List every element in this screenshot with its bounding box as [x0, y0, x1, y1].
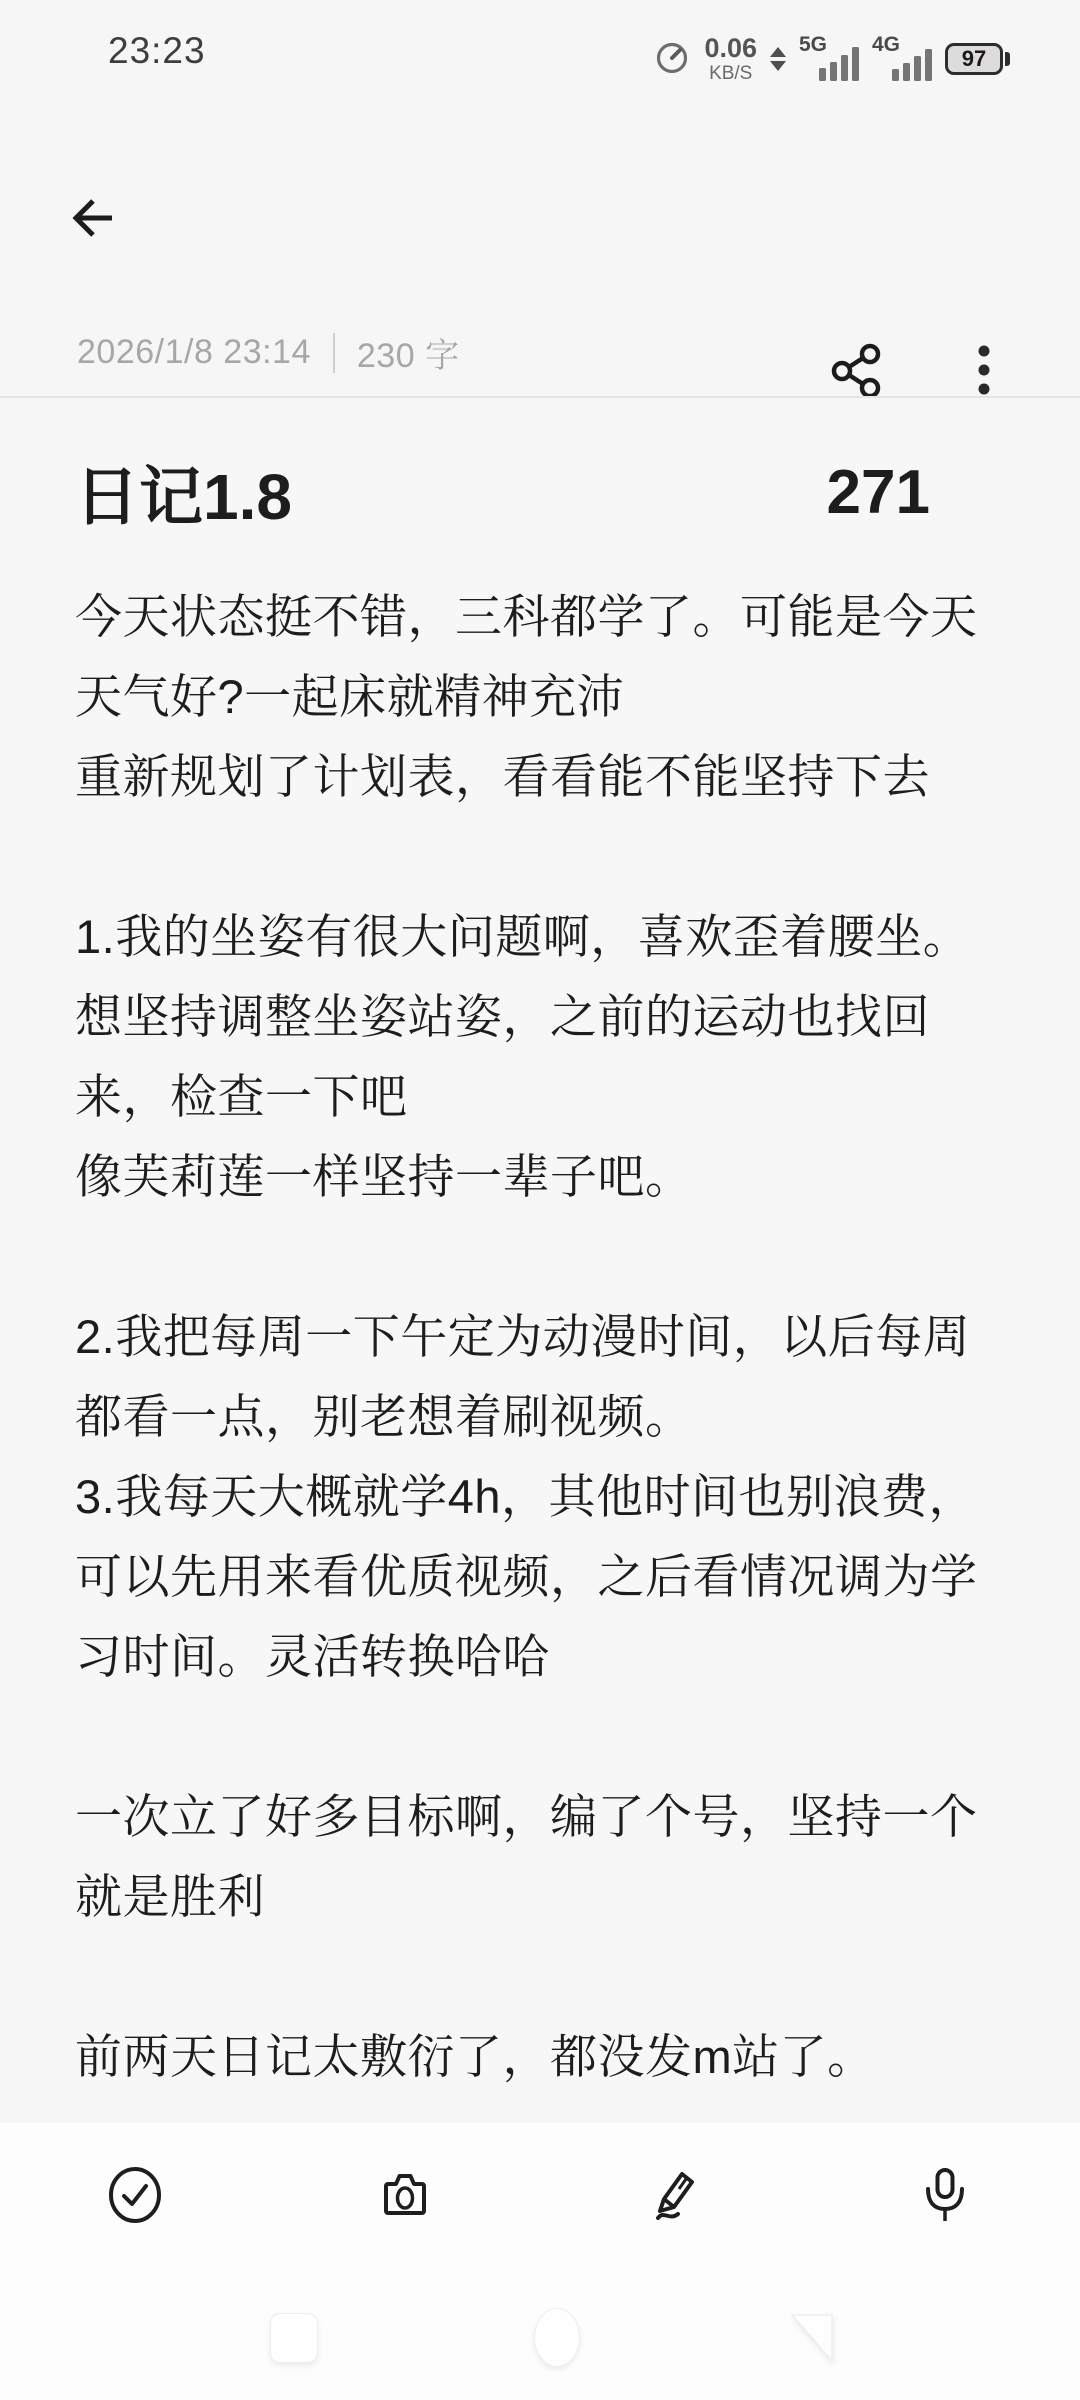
share-button[interactable] [829, 342, 885, 400]
note-line: 习时间。灵活转换哈哈 [75, 1617, 1080, 1697]
note-line [75, 1697, 1080, 1777]
home-button[interactable] [534, 2308, 580, 2367]
meta-divider [333, 333, 335, 373]
note-line [75, 1217, 1080, 1297]
sim1-signal: 5G [799, 35, 859, 83]
note-line: 重新规划了计划表，看看能不能坚持下去 [75, 737, 1080, 817]
speedometer-icon [653, 38, 691, 81]
battery-percent: 97 [962, 46, 986, 72]
note-line: 天气好?一起床就精神充沛 [75, 657, 1080, 737]
battery-icon: 97 [945, 43, 1010, 75]
status-bar: 23:23 0.06 KB/S 5G 4G [0, 0, 1080, 104]
note-content-area[interactable]: 日记1.8 271 今天状态挺不错，三科都学了。可能是今天 天气好?一起床就精神… [0, 398, 1080, 2123]
recents-button[interactable] [270, 2313, 318, 2363]
note-title-row[interactable]: 日记1.8 271 [0, 440, 1080, 544]
bottom-toolbar [0, 2123, 1080, 2400]
note-line: 3.我每天大概就学4h，其他时间也别浪费， [75, 1457, 1080, 1537]
note-line: 一次立了好多目标啊，编了个号，坚持一个 [75, 1777, 1080, 1857]
clock-text: 23:23 [108, 30, 206, 72]
network-speed: 0.06 KB/S [704, 35, 757, 83]
doodle-pen-button[interactable] [540, 2165, 810, 2230]
note-body[interactable]: 今天状态挺不错，三科都学了。可能是今天 天气好?一起床就精神充沛 重新规划了计划… [0, 577, 1080, 2097]
microphone-icon [916, 2165, 974, 2230]
note-line: 想坚持调整坐姿站姿，之前的运动也找回 [75, 977, 1080, 1057]
camera-icon [376, 2165, 434, 2230]
updown-arrows-icon [770, 47, 786, 71]
voice-input-button[interactable] [810, 2165, 1080, 2230]
back-arrow-icon [64, 235, 124, 252]
doodle-pen-icon [646, 2165, 704, 2230]
note-line: 2.我把每周一下午定为动漫时间，以后每周 [75, 1297, 1080, 1377]
note-line: 都看一点，别老想着刷视频。 [75, 1377, 1080, 1457]
note-title-number[interactable]: 271 [827, 457, 930, 528]
note-line: 像芙莉莲一样坚持一辈子吧。 [75, 1137, 1080, 1217]
sim2-signal: 4G [872, 35, 932, 83]
note-line: 前两天日记太敷衍了，都没发m站了。 [75, 2017, 1080, 2097]
signal-bars-icon [892, 49, 932, 81]
signal-bars-icon [819, 47, 859, 81]
check-circle-icon [106, 2165, 164, 2230]
note-line [75, 817, 1080, 897]
note-editor-screen: 23:23 0.06 KB/S 5G 4G [0, 0, 1080, 2400]
note-word-count: 230 字 [357, 328, 460, 377]
status-icons-cluster: 0.06 KB/S 5G 4G 97 [653, 26, 1010, 92]
app-bar [0, 150, 1080, 300]
note-line: 可以先用来看优质视频，之后看情况调为学 [75, 1537, 1080, 1617]
nav-back-button[interactable] [786, 2311, 838, 2365]
note-line: 今天状态挺不错，三科都学了。可能是今天 [75, 577, 1080, 657]
note-line [75, 1937, 1080, 2017]
camera-button[interactable] [270, 2165, 540, 2230]
note-meta-row: 2026/1/8 23:14 230 字 [77, 328, 460, 377]
note-line: 1.我的坐姿有很大问题啊，喜欢歪着腰坐。 [75, 897, 1080, 977]
todo-check-button[interactable] [0, 2165, 270, 2230]
note-datetime: 2026/1/8 23:14 [77, 333, 311, 372]
overflow-menu-button[interactable] [958, 340, 1010, 400]
back-triangle-icon [786, 2352, 838, 2369]
back-button[interactable] [64, 188, 124, 248]
note-line: 就是胜利 [75, 1857, 1080, 1937]
note-line: 来，检查一下吧 [75, 1057, 1080, 1137]
note-title[interactable]: 日记1.8 [75, 446, 292, 538]
